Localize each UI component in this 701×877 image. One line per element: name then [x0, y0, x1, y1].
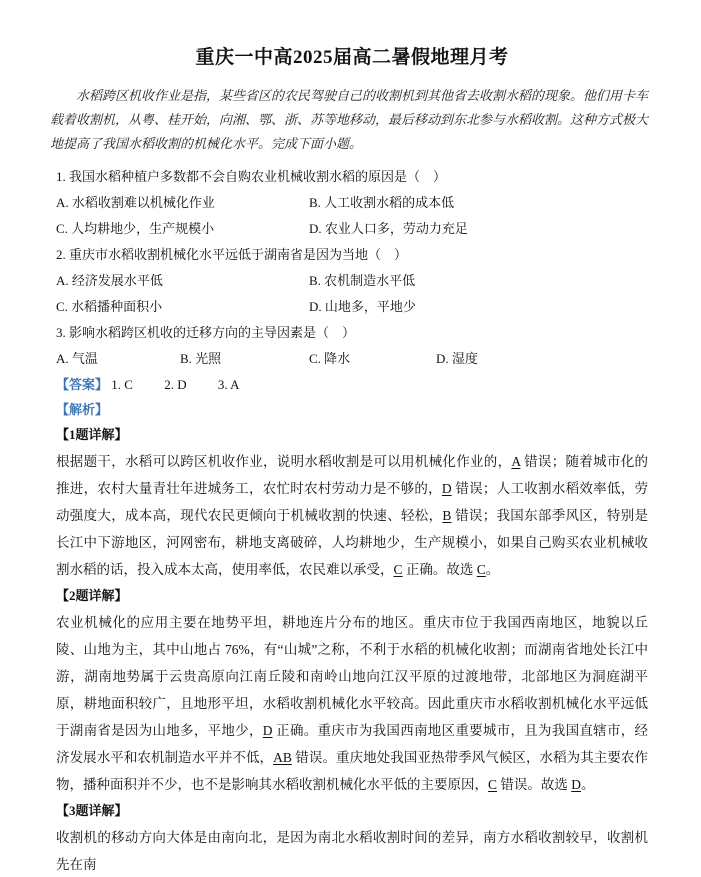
question-1-option-a: A. 水稻收割难以机械化作业	[56, 190, 309, 216]
question-2-option-d: D. 山地多，平地少	[309, 294, 648, 320]
question-3-option-b: B. 光照	[180, 346, 309, 372]
question-2-option-b: B. 农机制造水平低	[309, 268, 648, 294]
question-3-option-d: D. 湿度	[436, 346, 648, 372]
question-1-stem: 1. 我国水稻种植户多数都不会自购农业机械收割水稻的原因是（ ）	[56, 164, 648, 190]
question-2-option-c: C. 水稻播种面积小	[56, 294, 309, 320]
answer-2: 2. D	[164, 377, 186, 392]
question-block-3: 3. 影响水稻跨区机收的迁移方向的主导因素是（ ） A. 气温 B. 光照 C.…	[56, 320, 648, 372]
question-3-option-a: A. 气温	[56, 346, 180, 372]
page-title: 重庆一中高2025届高二暑假地理月考	[56, 44, 648, 72]
question-block-1: 1. 我国水稻种植户多数都不会自购农业机械收割水稻的原因是（ ） A. 水稻收割…	[56, 164, 648, 242]
exam-document-page: 重庆一中高2025届高二暑假地理月考 水稻跨区机收作业是指，某些省区的农民驾驶自…	[0, 0, 701, 877]
question-block-2: 2. 重庆市水稻收割机械化水平远低于湖南省是因为当地（ ） A. 经济发展水平低…	[56, 242, 648, 320]
question-1-option-c: C. 人均耕地少，生产规模小	[56, 216, 309, 242]
explanation-2-header: 【2题详解】	[56, 583, 648, 609]
question-1-option-d: D. 农业人口多，劳动力充足	[309, 216, 648, 242]
question-1-options: A. 水稻收割难以机械化作业 B. 人工收割水稻的成本低 C. 人均耕地少，生产…	[56, 190, 648, 242]
explanation-3-header: 【3题详解】	[56, 798, 648, 824]
question-3-options: A. 气温 B. 光照 C. 降水 D. 湿度	[56, 346, 648, 372]
intro-paragraph: 水稻跨区机收作业是指，某些省区的农民驾驶自己的收割机到其他省去收割水稻的现象。他…	[50, 84, 648, 156]
answer-3: 3. A	[218, 377, 240, 392]
explanation-3-text: 收割机的移动方向大体是由南向北，是因为南北水稻收割时间的差异，南方水稻收割较早，…	[56, 824, 648, 877]
analysis-label-line: 【解析】	[56, 397, 648, 422]
answer-1: 1. C	[111, 377, 133, 392]
question-2-stem: 2. 重庆市水稻收割机械化水平远低于湖南省是因为当地（ ）	[56, 242, 648, 268]
question-1-option-b: B. 人工收割水稻的成本低	[309, 190, 648, 216]
answer-label: 【答案】	[56, 377, 108, 392]
explanation-3: 【3题详解】 收割机的移动方向大体是由南向北，是因为南北水稻收割时间的差异，南方…	[56, 798, 648, 877]
analysis-label: 【解析】	[56, 402, 108, 417]
question-3-stem: 3. 影响水稻跨区机收的迁移方向的主导因素是（ ）	[56, 320, 648, 346]
question-2-option-a: A. 经济发展水平低	[56, 268, 309, 294]
explanation-1-text: 根据题干，水稻可以跨区机收作业，说明水稻收割是可以用机械化作业的，A 错误；随着…	[56, 448, 648, 583]
explanation-1: 【1题详解】 根据题干，水稻可以跨区机收作业，说明水稻收割是可以用机械化作业的，…	[56, 422, 648, 583]
question-2-options: A. 经济发展水平低 B. 农机制造水平低 C. 水稻播种面积小 D. 山地多，…	[56, 268, 648, 320]
answer-line: 【答案】 1. C 2. D 3. A	[56, 372, 648, 397]
explanation-1-header: 【1题详解】	[56, 422, 648, 448]
explanation-2: 【2题详解】 农业机械化的应用主要在地势平坦，耕地连片分布的地区。重庆市位于我国…	[56, 583, 648, 798]
question-3-option-c: C. 降水	[309, 346, 436, 372]
explanation-2-text: 农业机械化的应用主要在地势平坦，耕地连片分布的地区。重庆市位于我国西南地区，地貌…	[56, 609, 648, 798]
